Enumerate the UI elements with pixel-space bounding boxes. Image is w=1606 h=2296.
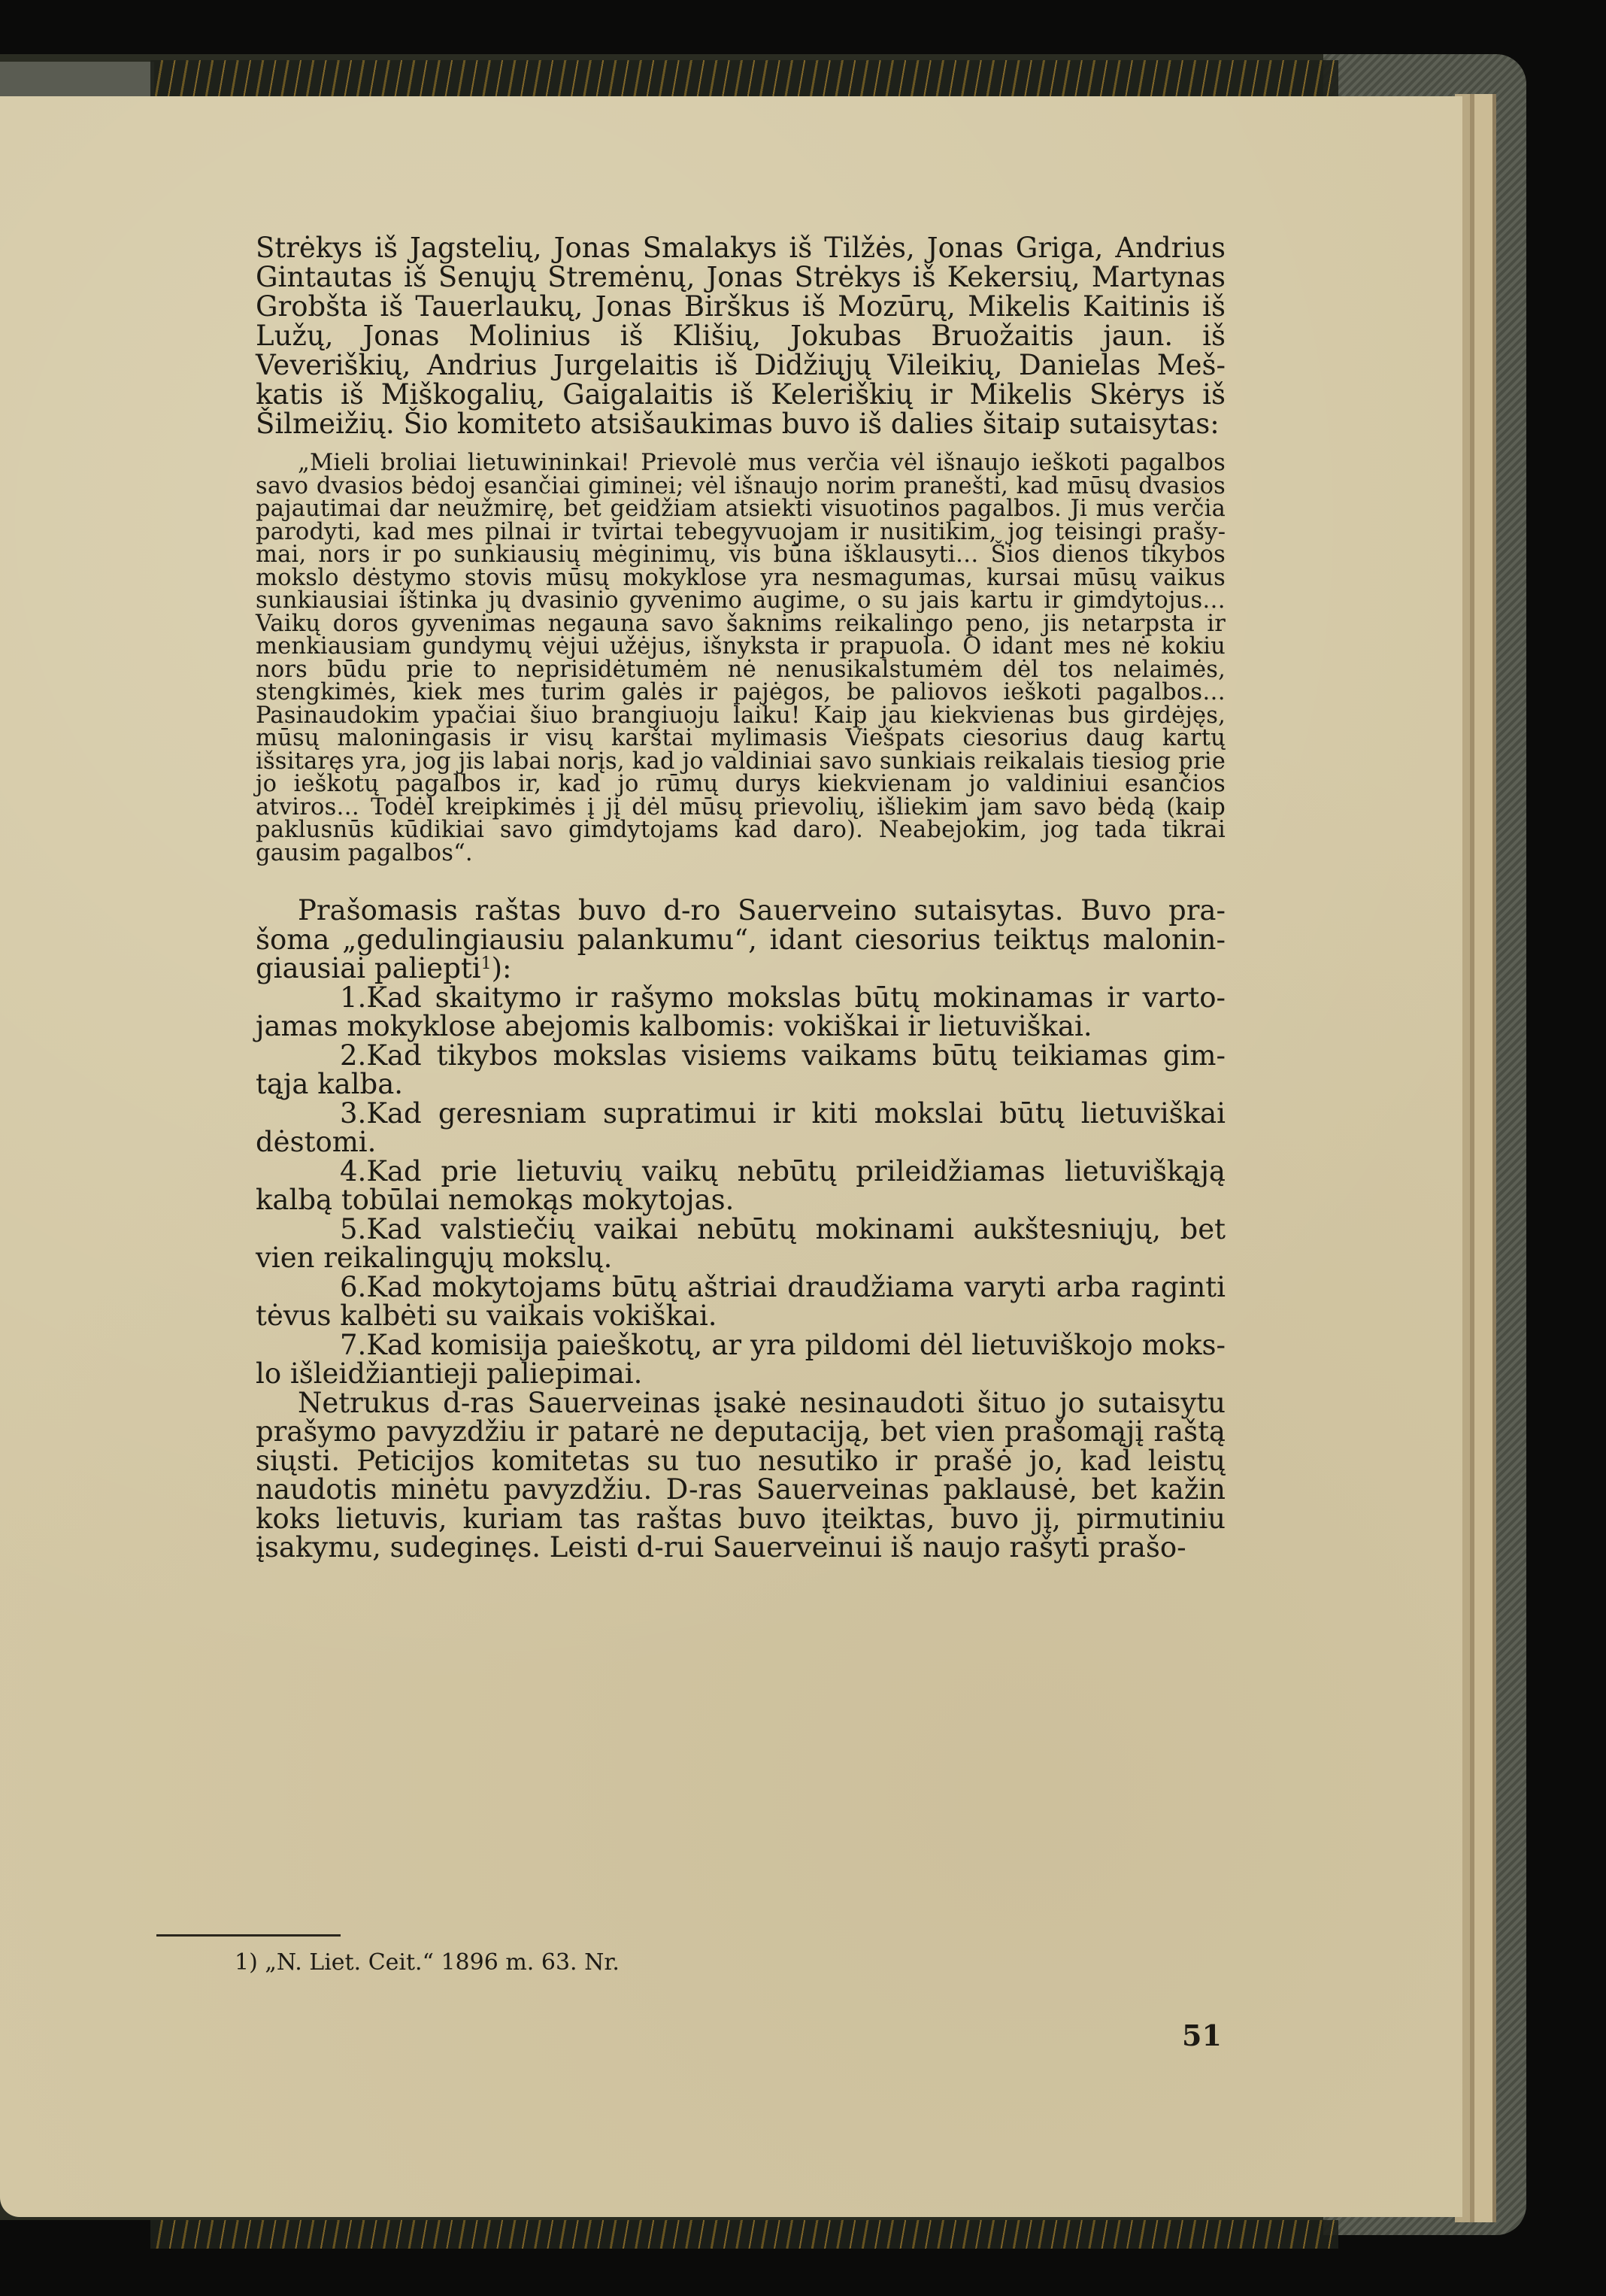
- footnote-reference[interactable]: 1: [481, 954, 492, 973]
- petition-intro-suffix: ):: [492, 952, 512, 984]
- footnote: 1) „N. Liet. Ceit.“ 1896 m. 63. Nr.: [235, 1949, 620, 1976]
- marbled-cover-top: [150, 60, 1338, 96]
- page-number: 51: [1182, 2018, 1222, 2052]
- request-number: 4.: [298, 1157, 366, 1187]
- footnote-divider: [156, 1934, 341, 1937]
- footnote-marker: 1): [235, 1949, 258, 1976]
- footnote-text: „N. Liet. Ceit.“ 1896 m. 63. Nr.: [265, 1949, 620, 1976]
- requests-list: 1.Kad skaitymo ir rašymo mokslas būtų mo…: [256, 984, 1226, 1389]
- request-text: Kad prie lietuvių vaikų nebūtų prileidži…: [256, 1155, 1226, 1217]
- marbled-cover-bottom: [150, 2220, 1338, 2249]
- request-text: Kad skaitymo ir rašymo mokslas būtų moki…: [256, 981, 1226, 1043]
- request-number: 1.: [298, 984, 366, 1013]
- request-item: 4.Kad prie lietuvių vaikų nebūtų prileid…: [256, 1157, 1226, 1215]
- request-item: 1.Kad skaitymo ir rašymo mokslas būtų mo…: [256, 984, 1226, 1042]
- request-text: Kad mokytojams būtų aštriai draudžiama v…: [256, 1271, 1226, 1333]
- request-item: 2.Kad tikybos mokslas visiems vaikams bū…: [256, 1042, 1226, 1099]
- appeal-quote: „Mieli broliai lietuwininkai! Prievolė m…: [256, 438, 1226, 865]
- request-text: Kad geresniam supratimui ir kiti mokslai…: [256, 1097, 1226, 1159]
- request-text: Kad valstiečių vaikai nebūtų mokinami au…: [256, 1213, 1226, 1275]
- request-item: 5.Kad valstiečių vaikai nebūtų mokinami …: [256, 1215, 1226, 1273]
- opening-paragraph: Strėkys iš Jagstelių, Jonas Smalakys iš …: [256, 233, 1226, 438]
- request-item: 3.Kad geresniam supratimui ir kiti moksl…: [256, 1099, 1226, 1157]
- request-item: 7.Kad komisija paieškotų, ar yra pildomi…: [256, 1331, 1226, 1389]
- request-number: 6.: [298, 1273, 366, 1303]
- petition-intro: Prašomasis raštas buvo d-ro Sauerveino s…: [256, 896, 1226, 984]
- request-number: 7.: [298, 1331, 366, 1360]
- request-number: 3.: [298, 1099, 366, 1129]
- cover-cloth-corner: [0, 62, 154, 99]
- page-text-block: Strėkys iš Jagstelių, Jonas Smalakys iš …: [256, 233, 1226, 1563]
- petition-intro-text: Prašomasis raštas buvo d-ro Sauerveino s…: [256, 894, 1226, 984]
- closing-paragraph: Netrukus d-ras Sauerveinas įsakė nesinau…: [256, 1389, 1226, 1563]
- request-number: 2.: [298, 1042, 366, 1071]
- request-item: 6.Kad mokytojams būtų aštriai draudžiama…: [256, 1273, 1226, 1331]
- request-text: Kad tikybos mokslas visiems vaikams būtų…: [256, 1039, 1226, 1101]
- request-text: Kad komisija paieškotų, ar yra pildomi d…: [256, 1329, 1226, 1391]
- request-number: 5.: [298, 1215, 366, 1245]
